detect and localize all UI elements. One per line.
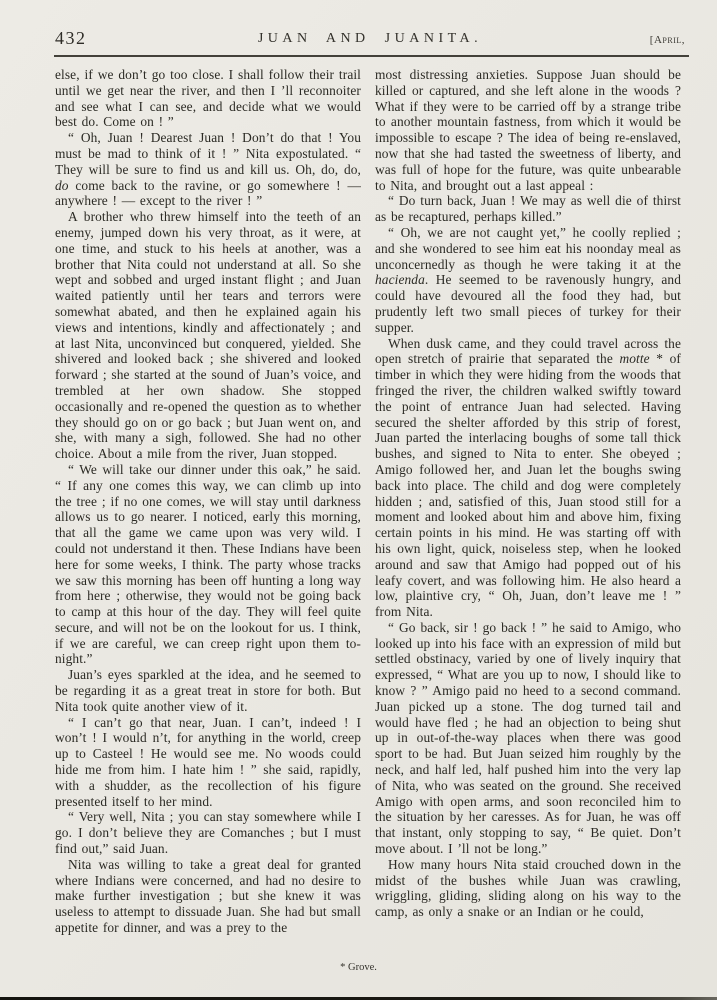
body-text: “ Do turn back, Juan ! We may as well di… [375, 193, 681, 224]
body-text: “ Very well, Nita ; you can stay somewhe… [55, 809, 361, 856]
header-rule [54, 55, 689, 57]
paragraph: A brother who threw himself into the tee… [55, 209, 361, 462]
body-text: “ Go back, sir ! go back ! ” he said to … [375, 620, 681, 856]
body-text: * of timber in which they were hiding fr… [375, 351, 681, 619]
paragraph: Nita was willing to take a great deal fo… [55, 857, 361, 936]
paragraph: else, if we don’t go too close. I shall … [55, 67, 361, 130]
paragraph: “ Oh, we are not caught yet,” he coolly … [375, 225, 681, 336]
page-header: 432 JUAN AND JUANITA. [April, [55, 27, 685, 53]
body-text: “ Oh, we are not caught yet,” he coolly … [375, 225, 681, 272]
body-text: How many hours Nita staid crouched down … [375, 857, 681, 919]
issue-label: [April, [650, 34, 685, 46]
paragraph: “ I can’t go that near, Juan. I can’t, i… [55, 715, 361, 810]
paragraph: “ We will take our dinner under this oak… [55, 462, 361, 667]
body-text: most distressing anxieties. Suppose Juan… [375, 67, 681, 193]
body-text: A brother who threw himself into the tee… [55, 209, 361, 461]
column-left: else, if we don’t go too close. I shall … [55, 67, 361, 959]
italic-text: do [55, 178, 69, 193]
paragraph: “ Very well, Nita ; you can stay somewhe… [55, 809, 361, 856]
paragraph: How many hours Nita staid crouched down … [375, 857, 681, 920]
paragraph: “ Oh, Juan ! Dearest Juan ! Don’t do tha… [55, 130, 361, 209]
body-text: else, if we don’t go too close. I shall … [55, 67, 361, 129]
paragraph: most distressing anxieties. Suppose Juan… [375, 67, 681, 193]
running-title: JUAN AND JUANITA. [55, 31, 685, 47]
body-text: Nita was willing to take a great deal fo… [55, 857, 361, 935]
body-text: “ We will take our dinner under this oak… [55, 462, 361, 667]
paragraph: Juan’s eyes sparkled at the idea, and he… [55, 667, 361, 714]
body-text: “ Oh, Juan ! Dearest Juan ! Don’t do tha… [55, 130, 361, 177]
paragraph: When dusk came, and they could travel ac… [375, 336, 681, 620]
paragraph: “ Go back, sir ! go back ! ” he said to … [375, 620, 681, 857]
text-columns: else, if we don’t go too close. I shall … [55, 67, 681, 959]
footnote: * Grove. [0, 962, 717, 973]
body-text: come back to the ravine, or go somewhere… [55, 178, 361, 209]
italic-text: hacienda [375, 272, 425, 287]
italic-text: motte [619, 351, 649, 366]
paragraph: “ Do turn back, Juan ! We may as well di… [375, 193, 681, 225]
column-right: most distressing anxieties. Suppose Juan… [375, 67, 681, 959]
body-text: Juan’s eyes sparkled at the idea, and he… [55, 667, 361, 714]
book-page-scan: 432 JUAN AND JUANITA. [April, else, if w… [0, 0, 717, 1000]
body-text: “ I can’t go that near, Juan. I can’t, i… [55, 715, 361, 809]
